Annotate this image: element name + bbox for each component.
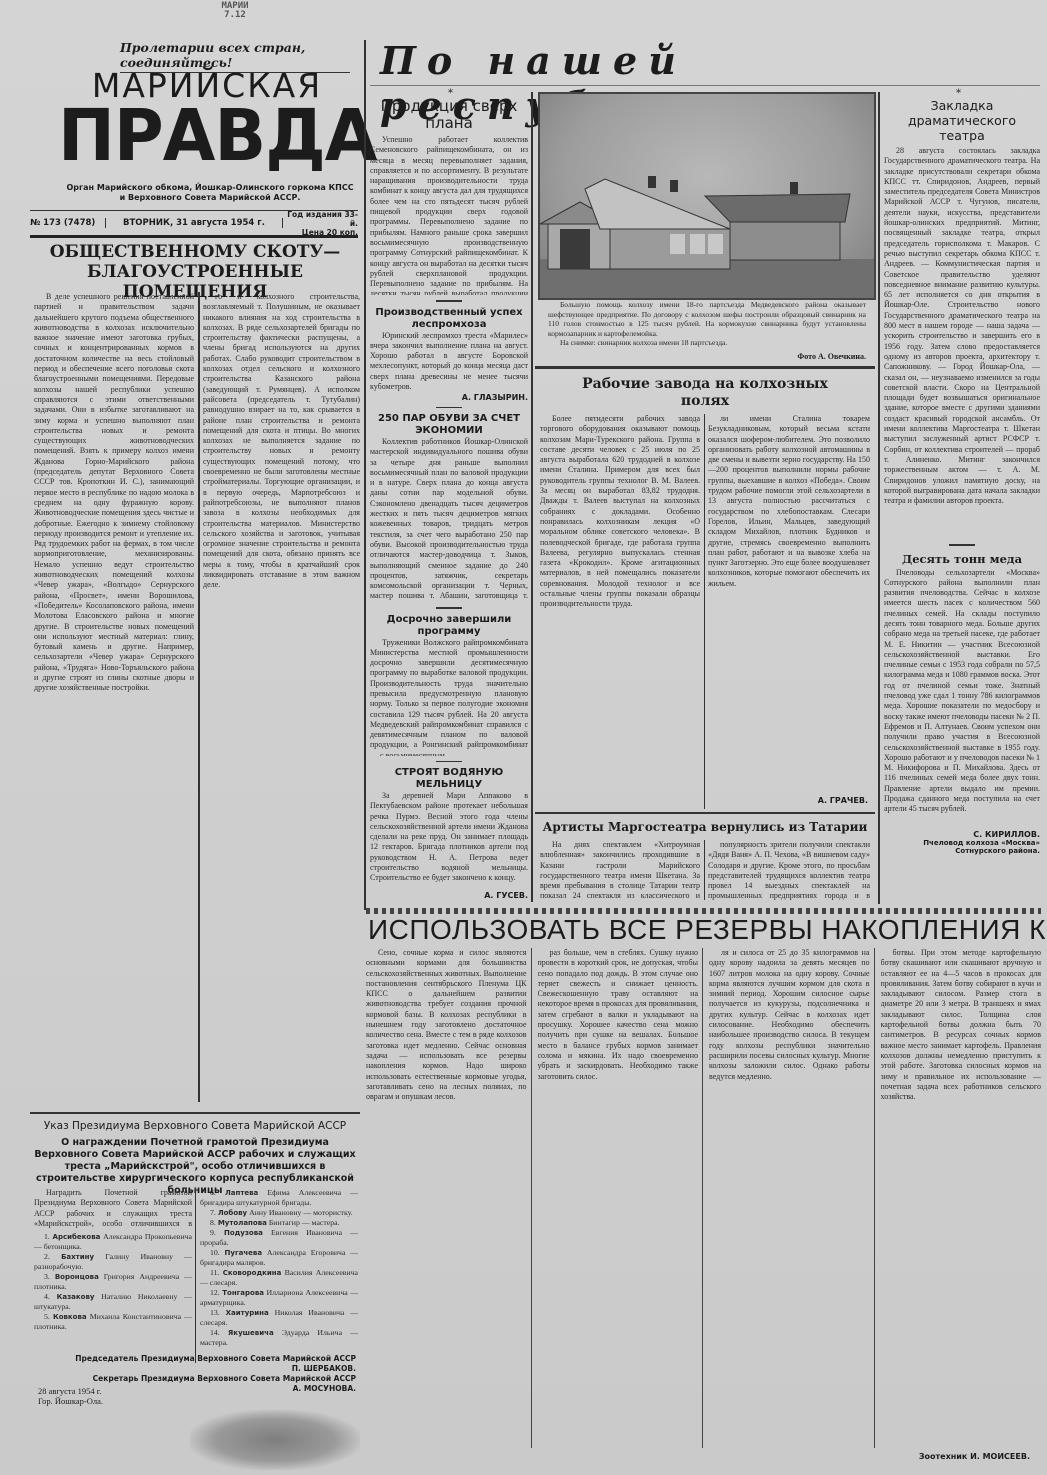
column-rule bbox=[704, 840, 705, 900]
awardee-surname: Пугачева bbox=[225, 1249, 263, 1257]
awardee-row: 12. Тонгарова Иллариона Алексеевича — ар… bbox=[200, 1288, 358, 1308]
building-illustration bbox=[540, 94, 874, 298]
feed-col-4-text: ботвы. При этом методе картофельную ботв… bbox=[881, 948, 1042, 1102]
theatre-founding-body: 28 августа состоялась закладка Государст… bbox=[884, 146, 1040, 538]
note-divider bbox=[436, 407, 462, 409]
honey-signature: С. КИРИЛЛОВ. bbox=[884, 830, 1040, 839]
awardee-row: 14. Якушевича Эдуарда Ильича — мастера. bbox=[200, 1328, 358, 1348]
note-title: Досрочно завершили программу bbox=[370, 614, 528, 638]
awardee-number: 14. bbox=[210, 1328, 220, 1337]
note-divider bbox=[436, 761, 462, 763]
lead-col-2-text: го и колхозного строительства, возглавля… bbox=[203, 292, 360, 591]
note-signature: А. ГЛАЗЫРИН. bbox=[370, 393, 528, 402]
note-body: Юринский леспромхоз треста «Марилес» вче… bbox=[370, 331, 528, 393]
theatre-col-1-text: На днях спектаклем «Хитроумная влюбленна… bbox=[540, 840, 700, 902]
awardee-number: 3. bbox=[44, 1272, 50, 1281]
awardee-number: 11. bbox=[210, 1268, 219, 1277]
awardee-row: 3. Воронцова Григория Андреевича — плотн… bbox=[34, 1272, 192, 1292]
workers-signature: А. ГРАЧЕВ. bbox=[708, 796, 868, 805]
note-title: СТРОЯТ ВОДЯНУЮ МЕЛЬНИЦУ bbox=[370, 767, 528, 791]
theatre-return-title: Артисты Маргостеатра вернулись из Татари… bbox=[540, 820, 870, 834]
note-signature: А. ГУСЕВ. bbox=[370, 891, 528, 900]
issue-number: № 173 (7478) bbox=[30, 218, 106, 228]
theatre-founding-title: Закладка драматического театра bbox=[884, 98, 1040, 143]
decree-signatures: Председатель Президиума Верховного Совет… bbox=[60, 1354, 356, 1394]
photo-pigsty bbox=[538, 92, 876, 300]
organ-line-2: и Верховного Совета Марийской АССР. bbox=[60, 193, 360, 203]
feed-article-title: ИСПОЛЬЗОВАТЬ ВСЕ РЕЗЕРВЫ НАКОПЛЕНИЯ КОРМ… bbox=[368, 914, 1043, 946]
decree-place: Гор. Йошкар-Ола. bbox=[38, 1396, 103, 1406]
awardee-details: Ефима Алексеевича — бригадира штукатурно… bbox=[200, 1188, 358, 1207]
secretary-name: А. МОСУНОВА. bbox=[60, 1384, 356, 1394]
section-rule bbox=[30, 1112, 360, 1114]
awardee-details: Анну Ивановну — мотористку. bbox=[249, 1208, 353, 1217]
awardee-number: 7. bbox=[210, 1208, 216, 1217]
workers-col-1-text: Более пятидесяти рабочих завода торговог… bbox=[540, 414, 700, 610]
honey-body: Пчеловоды сельхозартели «Москва» Сотнурс… bbox=[884, 568, 1040, 830]
awardee-surname: Воронцова bbox=[55, 1273, 99, 1281]
column-rule bbox=[195, 1188, 196, 1363]
awardee-surname: Арсибекова bbox=[53, 1233, 101, 1241]
decree-date: 28 августа 1954 г. bbox=[38, 1386, 103, 1396]
awardee-number: 2. bbox=[44, 1252, 50, 1261]
awardee-details: Эдуарда Ильича — мастера. bbox=[200, 1328, 358, 1347]
note-body-text: Успешно работает коллектив Семеновского … bbox=[370, 135, 528, 295]
awardee-details: Николая Ивановича — слесаря. bbox=[200, 1308, 358, 1327]
lead-article-col-2: го и колхозного строительства, возглавля… bbox=[203, 292, 360, 1102]
print-smudge bbox=[190, 1410, 360, 1470]
decree-header: Указ Президиума Верховного Совета Марийс… bbox=[30, 1120, 360, 1132]
awardee-surname: Мутолапова bbox=[218, 1219, 267, 1227]
note-title: 250 ПАР ОБУВИ ЗА СЧЕТ ЭКОНОМИИ bbox=[370, 413, 528, 437]
lead-title-line-1: ОБЩЕСТВЕННОМУ СКОТУ— bbox=[30, 242, 360, 262]
theatre-title-line-2: драматического театра bbox=[884, 113, 1040, 143]
workers-article-title: Рабочие завода на колхозных полях bbox=[540, 376, 870, 410]
newspaper-page: МАРИИ 7.12 Пролетарии всех стран, соедин… bbox=[0, 0, 1047, 1475]
awardee-list-left: 1. Арсибекова Александра Прокопьевича — … bbox=[34, 1232, 192, 1332]
awardee-row: 8. Мутолапова Бинтагир — мастера. bbox=[200, 1218, 358, 1228]
chairman-title: Председатель Президиума Верховного Совет… bbox=[60, 1354, 356, 1364]
workers-article-col-2: ли имени Сталина токарем Безукладниковым… bbox=[708, 414, 870, 794]
awardee-row: 2. Бахтину Галину Ивановну — разнорабочу… bbox=[34, 1252, 192, 1272]
feed-col-4: ботвы. При этом методе картофельную ботв… bbox=[881, 948, 1042, 1448]
awardee-surname: Ковкова bbox=[53, 1313, 87, 1321]
awardee-details: Бинтагир — мастера. bbox=[269, 1218, 340, 1227]
awardee-number: 8. bbox=[210, 1218, 216, 1227]
notes-column: Продукция сверх плана Успешно работает к… bbox=[370, 98, 528, 908]
note-divider bbox=[436, 607, 462, 609]
note-divider bbox=[436, 300, 462, 302]
theatre-title-line-1: Закладка bbox=[884, 98, 1040, 113]
banner-rule bbox=[370, 85, 1040, 86]
decree-intro-text: Наградить Почетной грамотой Президиума В… bbox=[34, 1188, 192, 1232]
workers-article-col-1: Более пятидесяти рабочих завода торговог… bbox=[540, 414, 700, 810]
honey-text: Пчеловоды сельхозартели «Москва» Сотнурс… bbox=[884, 568, 1040, 815]
feed-col-1-text: Сено, сочные корма и силос являются осно… bbox=[366, 948, 527, 1102]
awardee-surname: Бахтину bbox=[61, 1253, 94, 1261]
awardee-number: 10. bbox=[210, 1248, 220, 1257]
honey-title: Десять тонн меда bbox=[884, 552, 1040, 566]
awardee-surname: Сковородкина bbox=[223, 1269, 282, 1277]
section-rule bbox=[535, 812, 875, 814]
workers-title-line-2: полях bbox=[540, 393, 870, 410]
awardee-surname: Лобову bbox=[218, 1209, 247, 1217]
note-body: За деревней Мари Аппаково в Пектубаевско… bbox=[370, 791, 528, 891]
awardee-number: 4. bbox=[44, 1292, 50, 1301]
decree-col-2: 6. Лаптева Ефима Алексеевича — бригадира… bbox=[200, 1188, 358, 1368]
awardee-number: 1. bbox=[44, 1232, 50, 1241]
issue-meta: Год издания 33-й. Цена 20 коп. bbox=[283, 210, 358, 237]
note-body-text: Труженики Волжского райпромкомбината Мин… bbox=[370, 638, 528, 756]
awardee-surname: Тонгарова bbox=[222, 1289, 264, 1297]
column-rule bbox=[878, 92, 880, 904]
honey-signature-note: Пчеловод колхоза «Москва» bbox=[884, 839, 1040, 847]
note-body: Успешно работает коллектив Семеновского … bbox=[370, 135, 528, 295]
photo-caption-text: Большую помощь колхозу имени 18-го партс… bbox=[548, 300, 866, 338]
column-rule bbox=[364, 40, 366, 910]
library-stamp: МАРИИ 7.12 bbox=[205, 2, 265, 20]
feed-col-2-text: раз больше, чем в стеблях. Сушку нужно п… bbox=[538, 948, 699, 1082]
awardee-row: 11. Сковородкина Василия Алексеевича — с… bbox=[200, 1268, 358, 1288]
organ-line-1: Орган Марийского обкома, Йошкар-Олинског… bbox=[60, 183, 360, 193]
section-rule bbox=[535, 366, 875, 369]
awardee-number: 12. bbox=[210, 1288, 220, 1297]
theatre-return-col-1: На днях спектаклем «Хитроумная влюбленна… bbox=[540, 840, 700, 902]
awardee-row: 13. Хаитурина Николая Ивановича — слесар… bbox=[200, 1308, 358, 1328]
feed-col-3: ля и силоса от 25 до 35 килограммов на о… bbox=[709, 948, 875, 1448]
awardee-row: 9. Подузова Евгения Ивановича — прораба. bbox=[200, 1228, 358, 1248]
issue-price: Цена 20 коп. bbox=[283, 228, 358, 237]
feed-article-body: Сено, сочные корма и силос являются осно… bbox=[366, 948, 1041, 1448]
awardee-details: Галину Ивановну — разнорабочую. bbox=[34, 1252, 192, 1271]
awardee-number: 13. bbox=[210, 1308, 220, 1317]
masthead-title-main: ПРАВДА bbox=[58, 100, 350, 174]
awardee-list-right: 6. Лаптева Ефима Алексеевича — бригадира… bbox=[200, 1188, 358, 1348]
secretary-title: Секретарь Президиума Верховного Совета М… bbox=[60, 1374, 356, 1384]
decree-date-place: 28 августа 1954 г. Гор. Йошкар-Ола. bbox=[38, 1386, 103, 1406]
feed-col-3-text: ля и силоса от 25 до 35 килограммов на о… bbox=[709, 948, 870, 1082]
workers-col-2-text: ли имени Сталина токарем Безукладниковым… bbox=[708, 414, 870, 589]
photo-caption: Большую помощь колхозу имени 18-го партс… bbox=[548, 300, 866, 348]
feed-col-2: раз больше, чем в стеблях. Сушку нужно п… bbox=[538, 948, 704, 1448]
note-title: Производственный успех леспромхоза bbox=[370, 307, 528, 331]
chairman-name: П. ШЕРБАКОВ. bbox=[60, 1364, 356, 1374]
column-rule bbox=[531, 92, 533, 902]
theatre-founding-text: 28 августа состоялась закладка Государст… bbox=[884, 146, 1040, 506]
column-rule bbox=[704, 414, 705, 809]
awardee-row: 7. Лобову Анну Ивановну — мотористку. bbox=[200, 1208, 358, 1218]
awardee-row: 10. Пугачева Александра Егоровича — бриг… bbox=[200, 1248, 358, 1268]
awardee-number: 5. bbox=[44, 1312, 50, 1321]
stamp-line-2: 7.12 bbox=[205, 11, 265, 20]
awardee-row: 1. Арсибекова Александра Прокопьевича — … bbox=[34, 1232, 192, 1252]
note-divider bbox=[949, 544, 975, 546]
note-body: Коллектив работников Йошкар-Олинской мас… bbox=[370, 437, 528, 602]
feed-col-1: Сено, сочные корма и силос являются осно… bbox=[366, 948, 532, 1448]
column-rule bbox=[198, 292, 200, 1102]
awardee-surname: Казакову bbox=[57, 1293, 95, 1301]
note-body-text: За деревней Мари Аппаково в Пектубаевско… bbox=[370, 791, 528, 884]
issue-bar: № 173 (7478) ВТОРНИК, 31 августа 1954 г.… bbox=[30, 210, 358, 238]
theatre-col-2-text: популярность зрители получили спектакли … bbox=[708, 840, 870, 902]
lead-col-1-text: В деле успешного решения поставленной па… bbox=[34, 292, 194, 694]
awardee-surname: Лаптева bbox=[225, 1189, 258, 1197]
decree-intro: Наградить Почетной грамотой Президиума В… bbox=[34, 1188, 192, 1232]
lead-article-col-1: В деле успешного решения поставленной па… bbox=[34, 292, 194, 1102]
awardee-row: 4. Казакову Наталию Николаевну — штукату… bbox=[34, 1292, 192, 1312]
note-title: Продукция сверх плана bbox=[370, 98, 528, 132]
awardee-surname: Хаитурина bbox=[226, 1309, 269, 1317]
note-body: Труженики Волжского райпромкомбината Мин… bbox=[370, 638, 528, 756]
decree-col-1: Наградить Почетной грамотой Президиума В… bbox=[34, 1188, 192, 1368]
feed-signature: Зоотехник И. МОИСЕЕВ. bbox=[880, 1452, 1030, 1461]
issue-date: ВТОРНИК, 31 августа 1954 г. bbox=[106, 218, 283, 228]
photo-credit: Фото А. Овечкина. bbox=[720, 352, 866, 361]
theatre-return-col-2: популярность зрители получили спектакли … bbox=[708, 840, 870, 902]
workers-title-line-1: Рабочие завода на колхозных bbox=[540, 376, 870, 393]
note-body-text: Коллектив работников Йошкар-Олинской мас… bbox=[370, 437, 528, 602]
photo-caption-note: На снимке: свинарник колхоза имени 18 па… bbox=[548, 338, 866, 348]
awardee-row: 6. Лаптева Ефима Алексеевича — бригадира… bbox=[200, 1188, 358, 1208]
awardee-surname: Подузова bbox=[224, 1229, 263, 1237]
awardee-row: 5. Ковкова Михаила Константиновича — пло… bbox=[34, 1312, 192, 1332]
awardee-number: 6. bbox=[210, 1188, 216, 1197]
honey-signature-note: Сотнурского района. bbox=[884, 847, 1040, 855]
awardee-surname: Якушевича bbox=[228, 1329, 274, 1337]
awardee-number: 9. bbox=[210, 1228, 216, 1237]
right-column: Закладка драматического театра 28 август… bbox=[884, 98, 1040, 908]
note-body-text: Юринский леспромхоз треста «Марилес» вче… bbox=[370, 331, 528, 393]
masthead-organ: Орган Марийского обкома, Йошкар-Олинског… bbox=[60, 183, 360, 203]
issue-year: Год издания 33-й. bbox=[283, 210, 358, 228]
